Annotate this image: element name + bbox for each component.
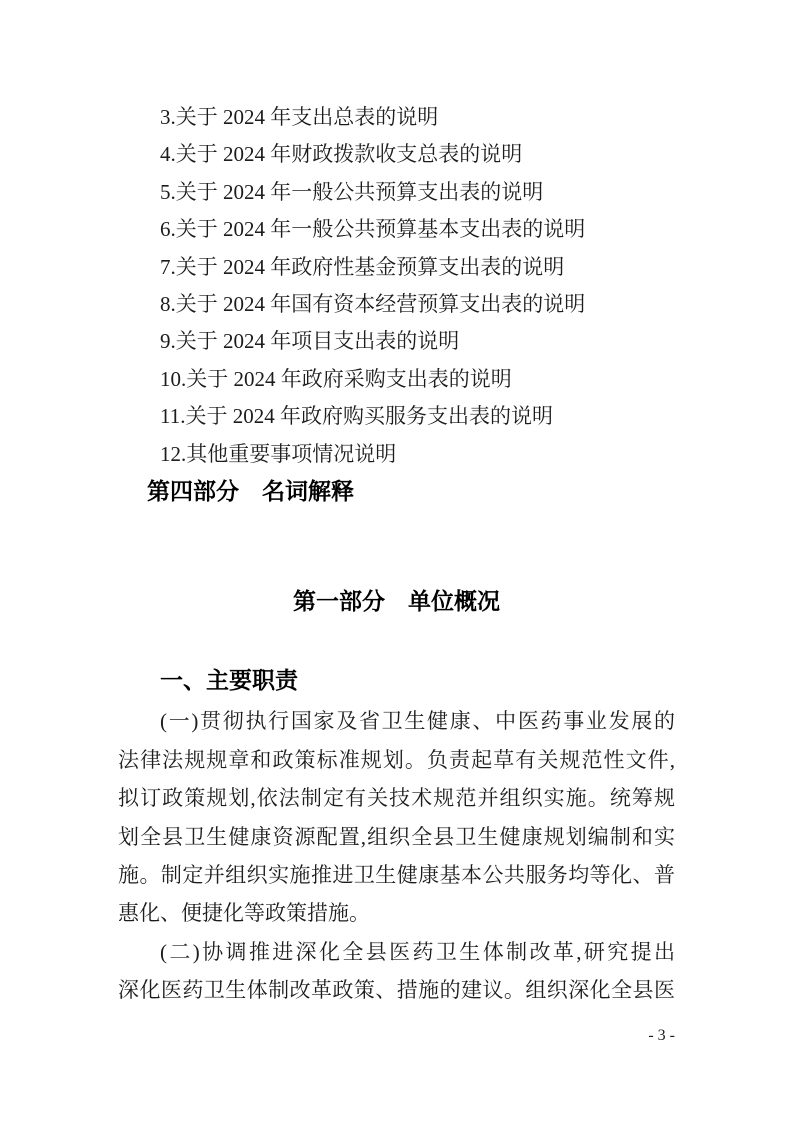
document-page: 3.关于 2024 年支出总表的说明 4.关于 2024 年财政拨款收支总表的说… bbox=[0, 0, 793, 1122]
toc-item: 7.关于 2024 年政府性基金预算支出表的说明 bbox=[118, 249, 675, 286]
toc-item: 5.关于 2024 年一般公共预算支出表的说明 bbox=[118, 174, 675, 211]
paragraph-line: 施。制定并组织实施推进卫生健康基本公共服务均等化、普 bbox=[118, 856, 675, 894]
toc-section: 3.关于 2024 年支出总表的说明 4.关于 2024 年财政拨款收支总表的说… bbox=[0, 0, 793, 510]
paragraph-line: 拟订政策规划,依法制定有关技术规范并组织实施。统筹规 bbox=[118, 779, 675, 817]
paragraph-line: (一)贯彻执行国家及省卫生健康、中医药事业发展的 bbox=[118, 702, 675, 740]
page-number: - 3 - bbox=[648, 1028, 675, 1044]
part1-title: 第一部分 单位概况 bbox=[118, 582, 675, 620]
paragraph-line: 划全县卫生健康资源配置,组织全县卫生健康规划编制和实 bbox=[118, 818, 675, 856]
toc-item: 6.关于 2024 年一般公共预算基本支出表的说明 bbox=[118, 211, 675, 248]
toc-item: 11.关于 2024 年政府购买服务支出表的说明 bbox=[118, 398, 675, 435]
toc-item: 12.其他重要事项情况说明 bbox=[118, 436, 675, 473]
paragraph-line: (二)协调推进深化全县医药卫生体制改革,研究提出 bbox=[118, 933, 675, 971]
toc-part4-heading: 第四部分 名词解释 bbox=[118, 473, 675, 510]
paragraph-line: 惠化、便捷化等政策措施。 bbox=[118, 894, 675, 932]
paragraph-line: 法律法规规章和政策标准规划。负责起草有关规范性文件, bbox=[118, 741, 675, 779]
toc-item: 8.关于 2024 年国有资本经营预算支出表的说明 bbox=[118, 286, 675, 323]
toc-item: 10.关于 2024 年政府采购支出表的说明 bbox=[118, 361, 675, 398]
toc-item: 4.关于 2024 年财政拨款收支总表的说明 bbox=[118, 136, 675, 173]
paragraph-duty-1: (一)贯彻执行国家及省卫生健康、中医药事业发展的 法律法规规章和政策标准规划。负… bbox=[118, 702, 675, 932]
paragraph-line: 深化医药卫生体制改革政策、措施的建议。组织深化全县医 bbox=[118, 971, 675, 1009]
duties-heading: 一、主要职责 bbox=[118, 661, 675, 699]
toc-item: 3.关于 2024 年支出总表的说明 bbox=[118, 99, 675, 136]
toc-item: 9.关于 2024 年项目支出表的说明 bbox=[118, 323, 675, 360]
paragraph-duty-2: (二)协调推进深化全县医药卫生体制改革,研究提出 深化医药卫生体制改革政策、措施… bbox=[118, 933, 675, 1010]
